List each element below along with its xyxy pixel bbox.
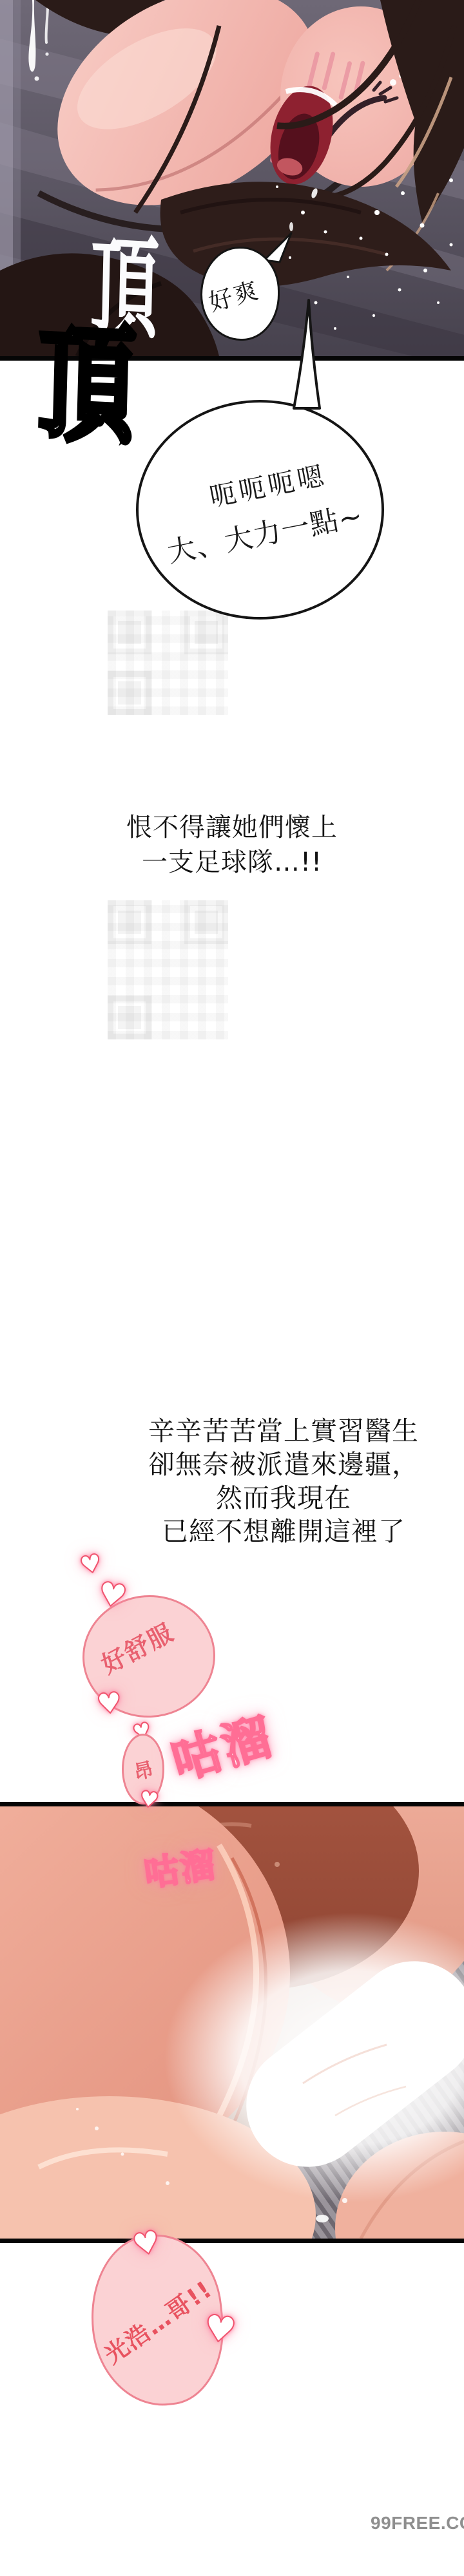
thought-bubble-comfort-text: 好舒服 (94, 1613, 179, 1680)
narration-block-1: 恨不得讓她們懷上 一支足球隊…!! (0, 810, 464, 880)
narration-line: 然而我現在 (103, 1481, 464, 1515)
heart-icon: ♥ (77, 1550, 104, 1578)
heart-icon: ♥ (95, 1689, 124, 1719)
panel-bottom (0, 1802, 464, 2243)
bubble-tail-icon (287, 296, 325, 411)
site-watermark: 99FREE.CC (371, 2513, 464, 2533)
speech-bubble-pleasure: 好爽 (200, 247, 280, 341)
speech-bubble-pleasure-text: 好爽 (204, 265, 282, 318)
thought-bubble-soft-moan-text: 昂 (131, 1753, 155, 1785)
narration-line: 一支足球隊…!! (0, 845, 464, 880)
heart-icon: ♥ (201, 2310, 238, 2350)
faint-qr-watermark (108, 611, 228, 715)
panel-bottom-artwork (0, 1806, 464, 2239)
thought-bubble-call-out-text: 光浩…哥!! (96, 2270, 218, 2370)
narration-line: 恨不得讓她們懷上 (0, 810, 464, 845)
narration-line: 卻無奈被派遣來邊疆， (103, 1448, 464, 1481)
narration-block-2: 辛辛苦苦當上實習醫生 卻無奈被派遣來邊疆， 然而我現在 已經不想離開這裡了 (103, 1414, 464, 1548)
sfx-slurp-1: 咕溜 (167, 1711, 280, 1786)
sfx-slurp-2: 咕溜 (142, 1847, 218, 1891)
sfx-thrust-outer: 頂 (37, 320, 137, 452)
narration-line: 辛辛苦苦當上實習醫生 (103, 1414, 464, 1448)
comic-page: 頂 好爽 頂 呃呃呃嗯 大、大力一點~ 恨不得讓她們懷上 一支足球隊…!! 辛辛… (0, 0, 464, 2576)
heart-icon: ♥ (95, 1577, 130, 1613)
faint-qr-watermark (108, 900, 228, 1039)
speech-bubble-moan: 呃呃呃嗯 大、大力一點~ (136, 400, 384, 620)
narration-line: 已經不想離開這裡了 (103, 1515, 464, 1548)
heart-icon: ♥ (138, 1788, 160, 1812)
